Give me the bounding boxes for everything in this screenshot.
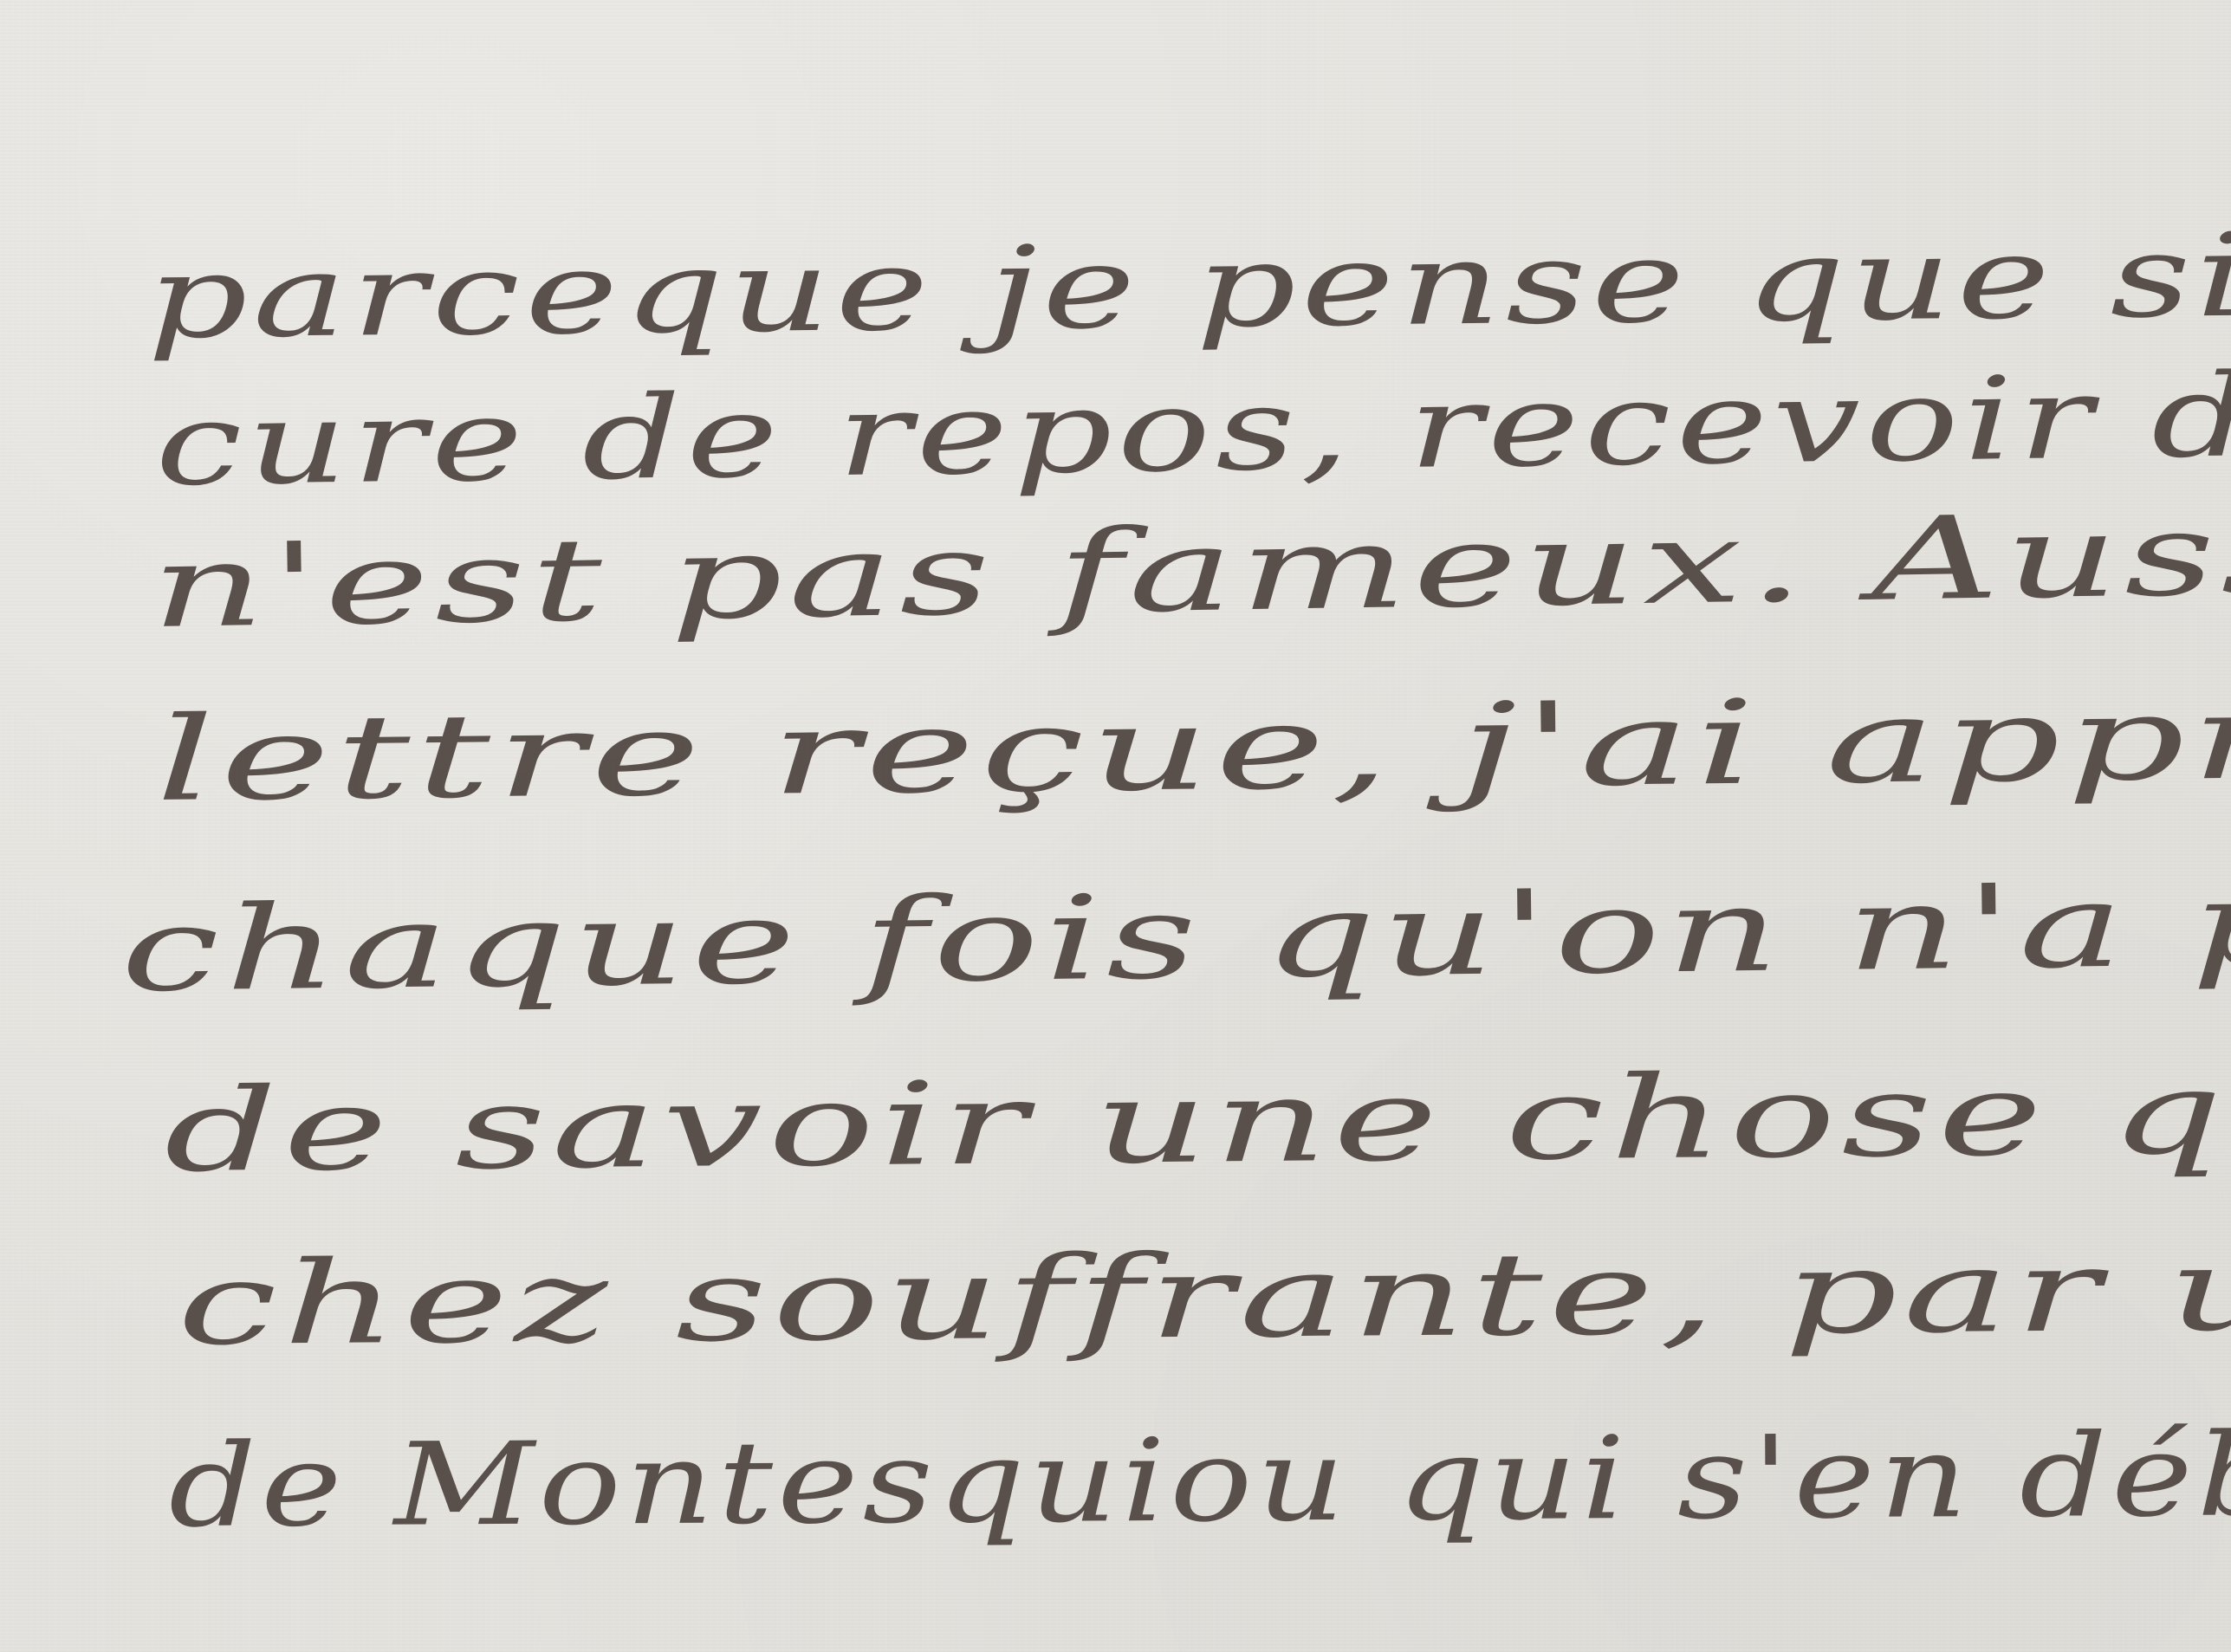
paper-show-through-mark: ⁠ xyxy=(280,17,293,137)
manuscript-page: ⁠ parceque je pense que si vous faites u… xyxy=(0,0,2231,1652)
handwritten-line-1: parceque je pense que si vous faites une xyxy=(146,204,2231,355)
handwritten-line-8: de Montesquiou qui s'en débattait avec xyxy=(168,1414,2231,1544)
handwritten-line-7: chez souffrante, par une lettre xyxy=(177,1227,2231,1362)
handwritten-line-5: chaque fois qu'on n'a plus besoin xyxy=(120,854,2231,1008)
handwritten-line-6: de savoir une chose que vous xyxy=(164,1050,2231,1189)
handwritten-line-2: cure de repos, recevoir des lettres xyxy=(154,348,2231,502)
handwritten-line-4: lettre reçue, j'ai appris, comme xyxy=(155,669,2231,818)
